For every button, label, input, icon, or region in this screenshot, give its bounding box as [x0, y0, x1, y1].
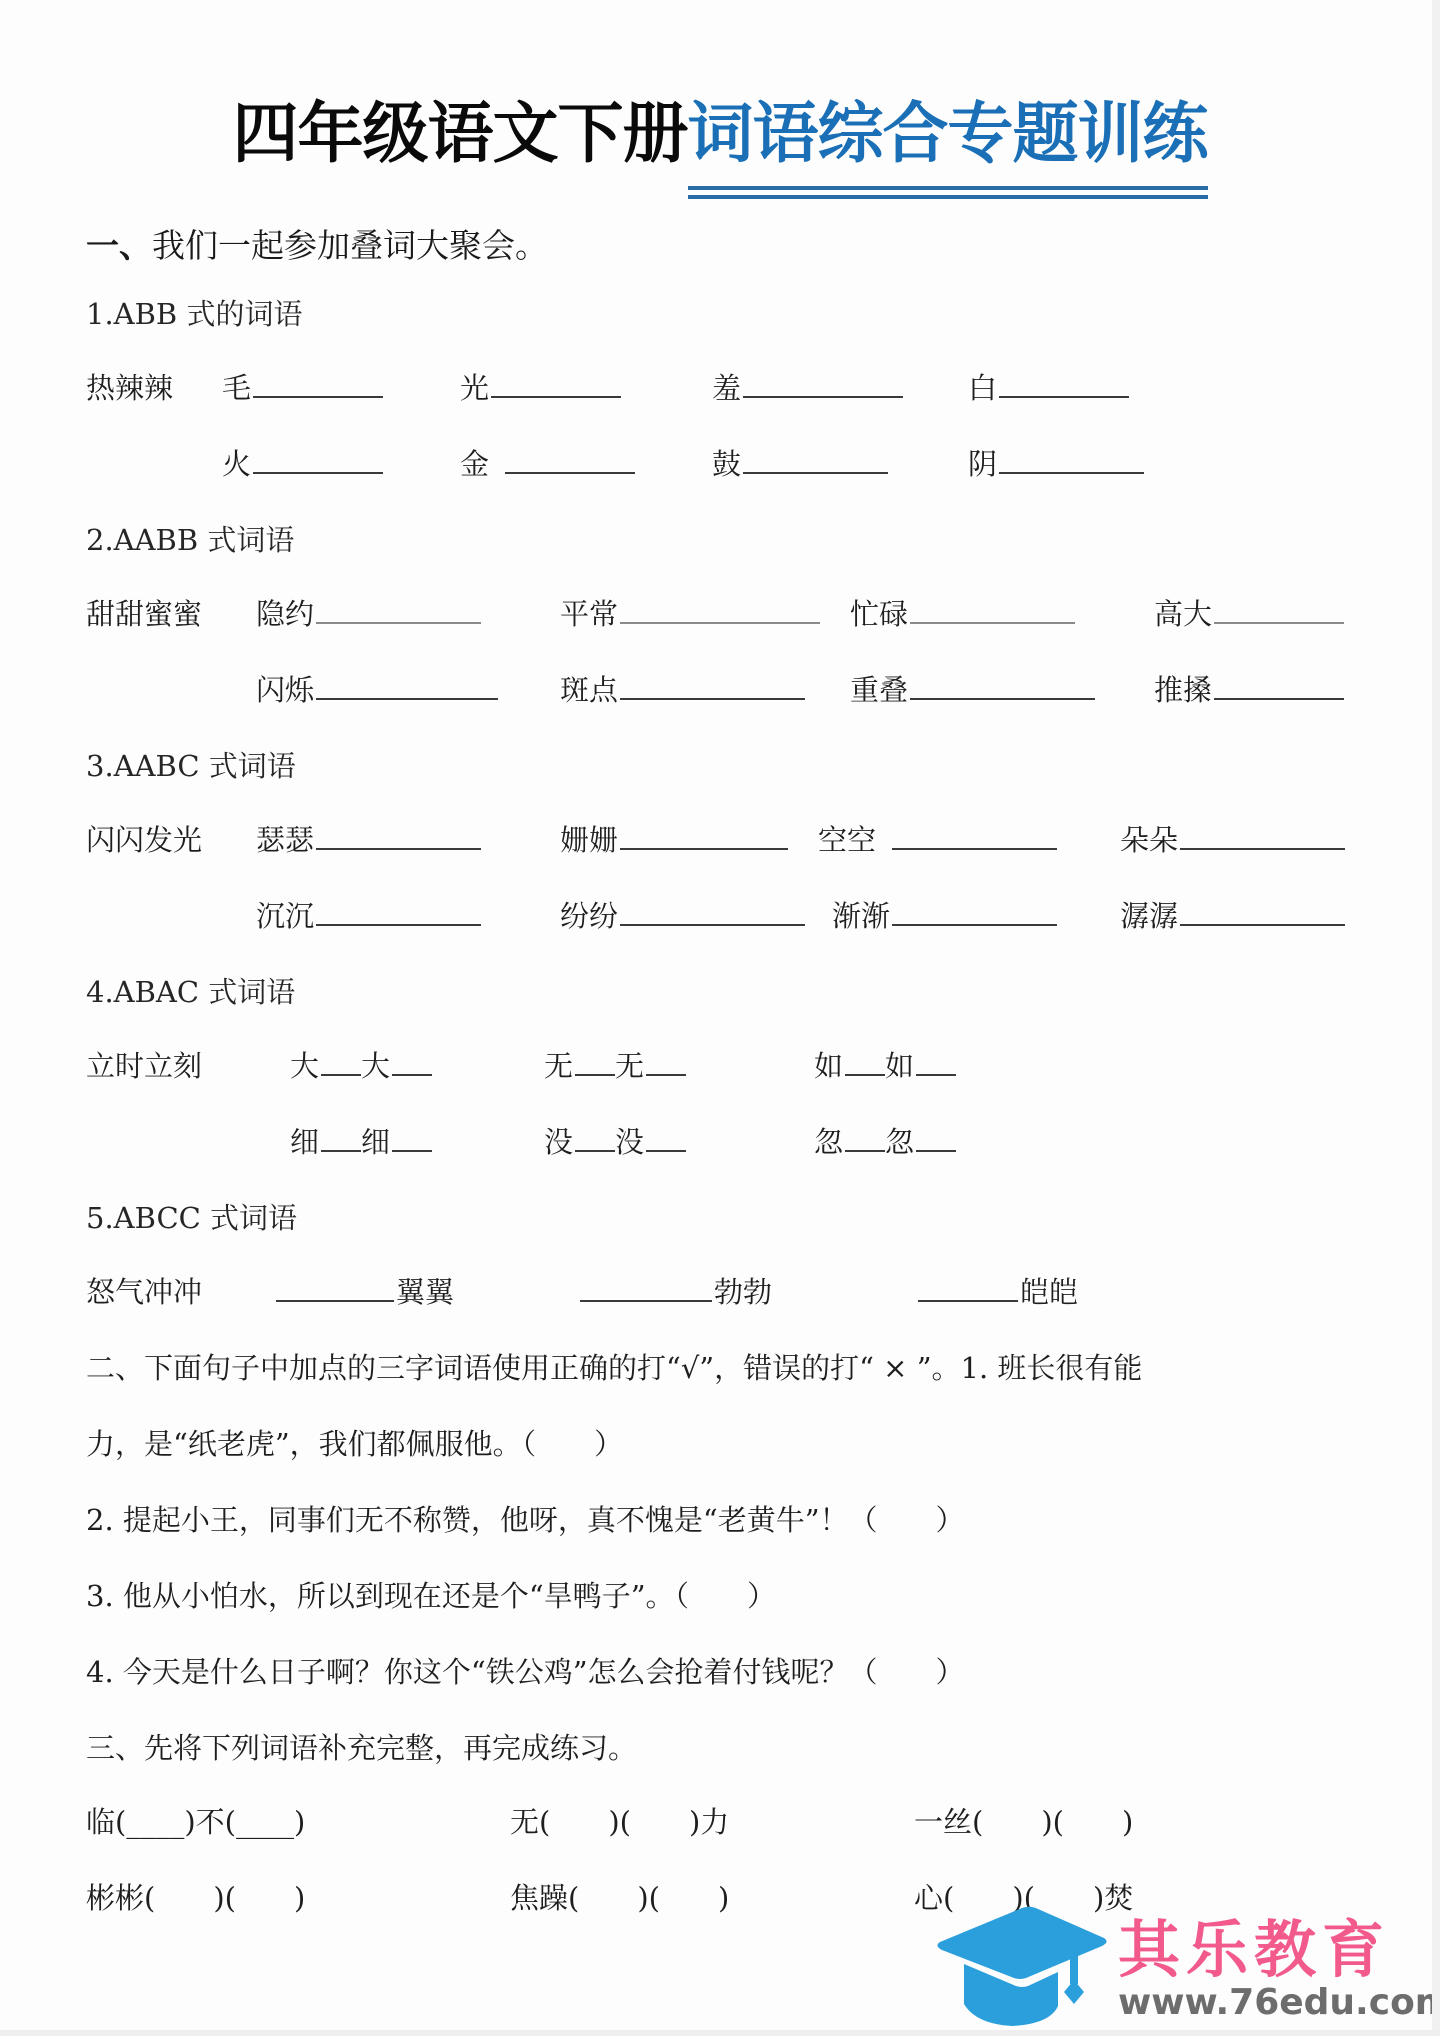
fill-item[interactable]: 鼓 [712, 442, 888, 483]
fill-item[interactable]: 阴 [968, 442, 1144, 483]
section3-heading: 三、先将下列词语补充完整，再完成练习。 [86, 1726, 637, 1767]
group5-label: 5.ABCC 式词语 [86, 1196, 297, 1237]
fill-item[interactable]: 没没 [544, 1120, 686, 1161]
idiom-fill[interactable]: 彬彬( )( ) [86, 1876, 305, 1917]
fill-item[interactable]: 火 [222, 442, 383, 483]
title-topic: 词语综合专题训练 [688, 92, 1208, 176]
fill-item[interactable]: 斑点 [560, 668, 805, 709]
fill-item[interactable]: 重叠 [850, 668, 1095, 709]
idiom-fill[interactable]: 焦躁( )( ) [510, 1876, 729, 1917]
idiom-fill[interactable]: 临(____)不(____) [86, 1800, 305, 1841]
fill-item[interactable]: 皑皑 [916, 1270, 1078, 1311]
fill-item[interactable]: 高大 [1154, 592, 1344, 633]
fill-item[interactable]: 金 [460, 442, 635, 483]
section1-heading: 一、我们一起参加叠词大聚会。 [86, 220, 548, 267]
page-edge [1432, 0, 1440, 2036]
group4-label: 4.ABAC 式词语 [86, 970, 295, 1011]
group2-label: 2.AABB 式词语 [86, 518, 294, 559]
fill-item[interactable]: 忙碌 [850, 592, 1075, 633]
section2-heading: 二、下面句子中加点的三字词语使用正确的打“√”，错误的打“ × ”。1. 班长很… [86, 1346, 1142, 1387]
question-item[interactable]: 力，是“纸老虎”，我们都佩服他。（ ） [86, 1422, 623, 1463]
idiom-fill[interactable]: 无( )( )力 [510, 1800, 729, 1841]
fill-item[interactable]: 忽忽 [814, 1120, 956, 1161]
fill-item[interactable]: 白 [968, 366, 1129, 407]
idiom-fill[interactable]: 一丝( )( ) [914, 1800, 1133, 1841]
group1-label: 1.ABB 式的词语 [86, 292, 302, 333]
fill-item[interactable]: 翼翼 [274, 1270, 454, 1311]
brand-url: www.76edu.com [1118, 1982, 1440, 2023]
group1-example: 热辣辣 [86, 366, 173, 407]
fill-item[interactable]: 隐约 [256, 592, 481, 633]
page-bottom-edge [0, 2030, 1440, 2036]
question-item[interactable]: 4. 今天是什么日子啊？你这个“铁公鸡”怎么会抢着付钱呢？（ ） [86, 1650, 965, 1691]
fill-item[interactable]: 大大 [290, 1044, 432, 1085]
fill-item[interactable]: 纷纷 [560, 894, 805, 935]
fill-item[interactable]: 空空 [818, 818, 1057, 859]
fill-item[interactable]: 无无 [544, 1044, 686, 1085]
title-grade: 四年级语文下册 [233, 95, 688, 172]
worksheet-page: 四年级语文下册词语综合专题训练 一、我们一起参加叠词大聚会。 1.ABB 式的词… [0, 0, 1440, 2036]
fill-item[interactable]: 毛 [222, 366, 383, 407]
brand-name: 其乐教育 [1118, 1900, 1390, 1989]
fill-item[interactable]: 朵朵 [1120, 818, 1345, 859]
fill-item[interactable]: 羞 [712, 366, 903, 407]
fill-item[interactable]: 姗姗 [560, 818, 788, 859]
fill-item[interactable]: 勃勃 [578, 1270, 772, 1311]
group4-example: 立时立刻 [86, 1044, 202, 1085]
fill-item[interactable]: 渐渐 [832, 894, 1057, 935]
group5-example: 怒气冲冲 [86, 1270, 202, 1311]
fill-item[interactable]: 光 [460, 366, 621, 407]
fill-item[interactable]: 推搡 [1154, 668, 1344, 709]
question-item[interactable]: 3. 他从小怕水，所以到现在还是个“旱鸭子”。（ ） [86, 1574, 776, 1615]
fill-item[interactable]: 沉沉 [256, 894, 481, 935]
fill-item[interactable]: 细细 [290, 1120, 432, 1161]
group2-example: 甜甜蜜蜜 [86, 592, 202, 633]
question-item[interactable]: 2. 提起小王，同事们无不称赞，他呀，真不愧是“老黄牛”！（ ） [86, 1498, 965, 1539]
fill-item[interactable]: 潺潺 [1120, 894, 1345, 935]
fill-item[interactable]: 平常 [560, 592, 820, 633]
fill-item[interactable]: 瑟瑟 [256, 818, 481, 859]
section1-number: 一、 [86, 226, 152, 265]
group3-example: 闪闪发光 [86, 818, 202, 859]
fill-item[interactable]: 闪烁 [256, 668, 498, 709]
graduation-cap-icon [930, 1900, 1110, 2030]
fill-item[interactable]: 如如 [814, 1044, 956, 1085]
section1-text: 我们一起参加叠词大聚会。 [152, 226, 548, 265]
group3-label: 3.AABC 式词语 [86, 744, 296, 785]
page-title: 四年级语文下册词语综合专题训练 [0, 92, 1440, 176]
